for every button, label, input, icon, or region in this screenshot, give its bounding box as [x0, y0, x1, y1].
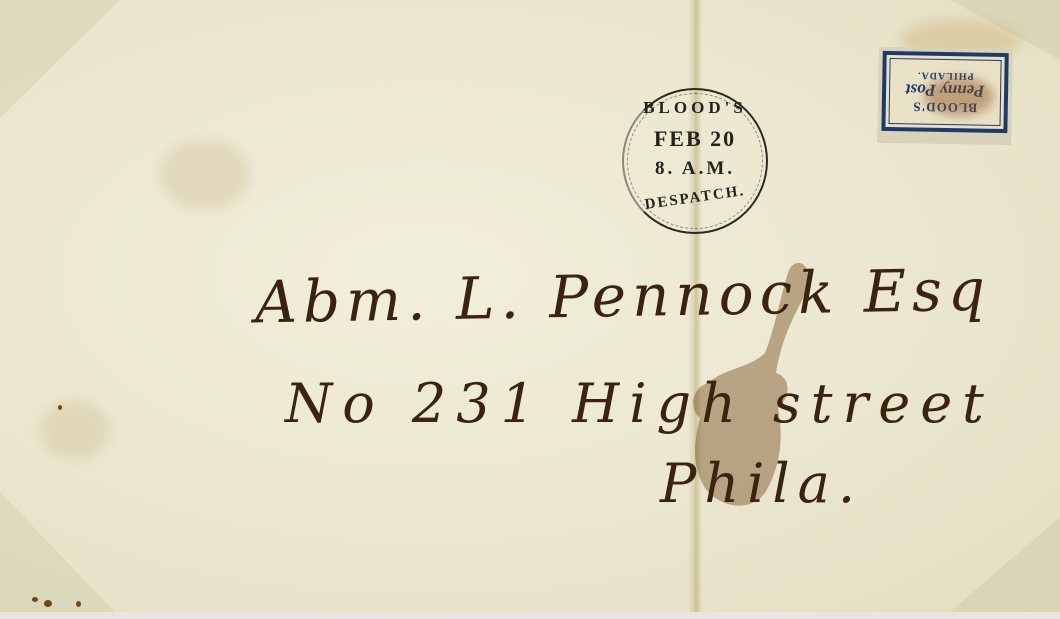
- address-city: Phila.: [660, 452, 863, 515]
- foxing-stain: [40, 400, 110, 460]
- postmark-top-text: BLOOD'S: [622, 98, 768, 118]
- blood-penny-post-stamp: BLOOD'S Penny Post PHILADA.: [877, 47, 1013, 145]
- postmark-date: FEB 20: [622, 126, 768, 152]
- ink-speck: [76, 601, 81, 607]
- foxing-stain: [160, 140, 250, 210]
- despatch-postmark: BLOOD'S FEB 20 8. A.M. DESPATCH.: [622, 88, 768, 234]
- postmark-time: 8. A.M.: [622, 158, 768, 180]
- ink-speck: [44, 600, 52, 607]
- envelope-flap-top-left: [0, 0, 120, 118]
- ink-speck: [32, 597, 38, 602]
- scan-border: [0, 612, 1060, 619]
- address-recipient: Abm. L. Pennock Esq: [254, 256, 991, 337]
- stamp-stain: [924, 76, 995, 117]
- envelope: BLOOD'S Penny Post PHILADA. BLOOD'S FEB …: [0, 0, 1060, 612]
- stamp-frame: BLOOD'S Penny Post PHILADA.: [881, 51, 1008, 133]
- envelope-flap-bottom-left: [0, 492, 115, 612]
- address-street: No 231 High street: [285, 372, 994, 435]
- envelope-flap-bottom-right: [950, 517, 1060, 612]
- ink-speck: [58, 405, 62, 410]
